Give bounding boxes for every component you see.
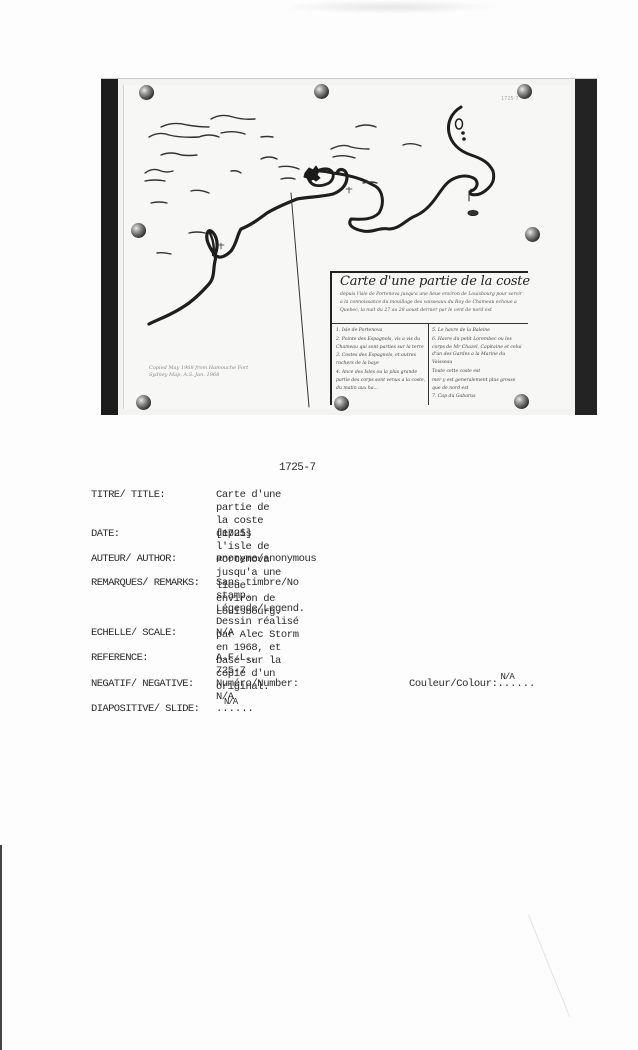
field-label: TITRE/ TITLE: bbox=[91, 489, 165, 502]
colour-value: N/A...... bbox=[498, 678, 536, 691]
field-label: REFERENCE: bbox=[91, 652, 148, 665]
legend-right-column: 5. Le havre de la Baleine 6. Havre du pe… bbox=[432, 327, 524, 402]
legend-item: 2. Pointe des Espagnols, vis a vis du Ch… bbox=[336, 336, 428, 352]
field-label: DATE: bbox=[91, 528, 120, 541]
cartouche-column-divider bbox=[428, 323, 429, 405]
legend-item: 4. Ance des Isles ou la plus grande part… bbox=[336, 369, 428, 392]
copy-note: Copied May 1968 from Hamouche Fort Sydne… bbox=[149, 365, 259, 379]
map-cartouche: Carte d'une partie de la coste depuis l'… bbox=[330, 271, 528, 405]
field-value: N/A...... bbox=[216, 703, 254, 716]
map-corner-note: 1725-7 bbox=[501, 96, 519, 102]
colour-label: Couleur/Colour: bbox=[409, 678, 498, 690]
mounting-pin bbox=[517, 84, 532, 99]
field-label: REMARQUES/ REMARKS: bbox=[91, 577, 199, 590]
field-value: [1725] bbox=[216, 528, 251, 541]
mounting-pin bbox=[139, 85, 154, 100]
mounting-pin bbox=[525, 227, 540, 242]
scan-shadow bbox=[280, 0, 500, 14]
map-title: Carte d'une partie de la coste bbox=[340, 274, 530, 289]
legend-item: 1. Isle de Portenova bbox=[336, 327, 428, 335]
scan-edge bbox=[0, 845, 2, 1050]
legend-item: mer y est generalement plus grosse que d… bbox=[432, 377, 524, 393]
field-label: DIAPOSITIVE/ SLIDE: bbox=[91, 703, 199, 716]
legend-item: 7. Cap du Gabarus bbox=[432, 393, 524, 401]
mounting-pin bbox=[314, 84, 329, 99]
map-subtitle: depuis l'isle de Portenova jusqu'a une l… bbox=[340, 291, 524, 314]
mounting-pin bbox=[131, 223, 146, 238]
field-label: ECHELLE/ SCALE: bbox=[91, 627, 177, 640]
field-value: anonyme/anonymous bbox=[216, 553, 316, 566]
legend-left-column: 1. Isle de Portenova 2. Pointe des Espag… bbox=[336, 327, 428, 393]
cartouche-divider bbox=[332, 323, 528, 324]
field-label: NEGATIF/ NEGATIVE: bbox=[91, 678, 194, 691]
field-value: N/A bbox=[216, 627, 234, 640]
field-value: A.F.L., 725-7 bbox=[216, 652, 257, 678]
mounting-pin bbox=[136, 395, 151, 410]
scan-artifact bbox=[528, 915, 570, 1017]
field-label: AUTEUR/ AUTHOR: bbox=[91, 553, 177, 566]
legend-item: 5. Le havre de la Baleine bbox=[432, 327, 524, 335]
legend-item: Toute cette coste est bbox=[432, 368, 524, 376]
record-number: 1725-7 bbox=[279, 462, 316, 474]
map-photograph: 1725-7 Carte d'une partie de la coste de… bbox=[101, 78, 597, 415]
colour-field: Couleur/Colour:N/A...... bbox=[409, 678, 535, 691]
legend-item: 3. Costes des Espagnols, et autres roche… bbox=[336, 352, 428, 368]
legend-item: 6. Havre du petit Lorembec ou les corps … bbox=[432, 336, 524, 367]
